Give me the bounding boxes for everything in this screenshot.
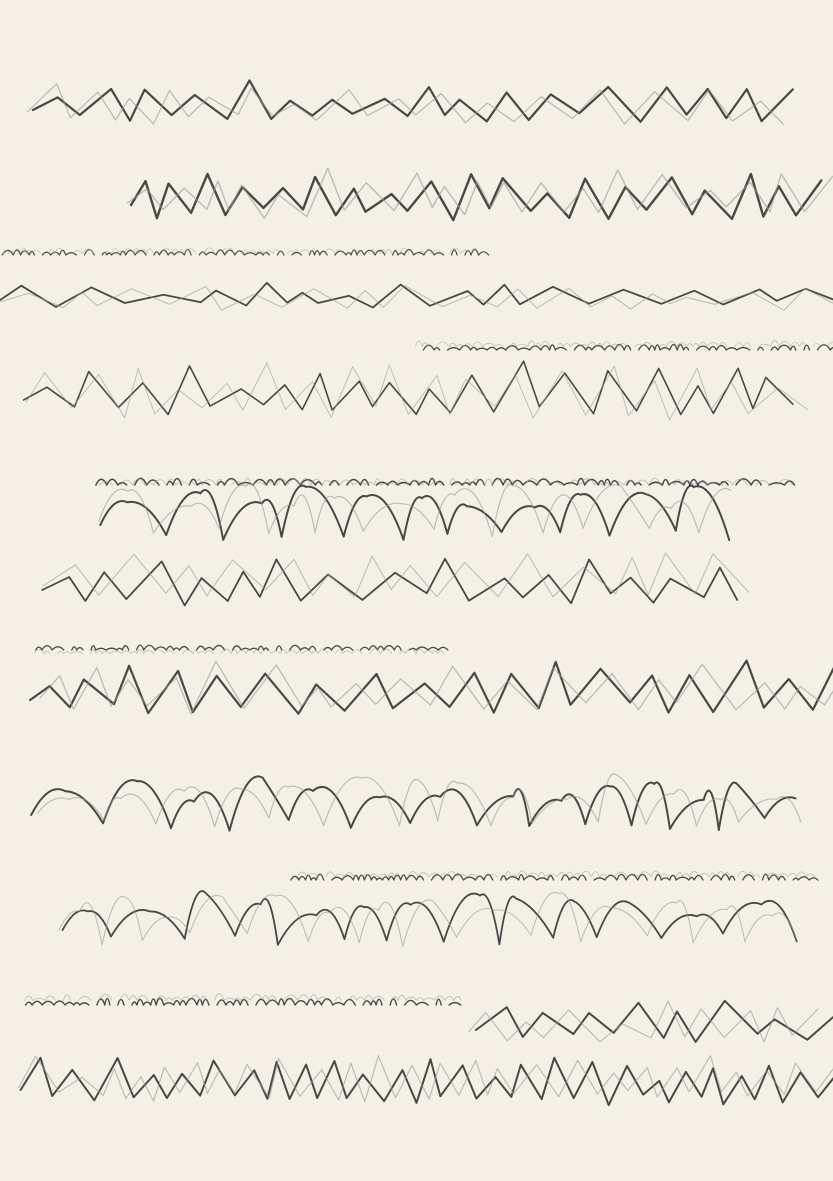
paper-canvas: [0, 0, 833, 1181]
scribble-drawing: [0, 0, 833, 1181]
